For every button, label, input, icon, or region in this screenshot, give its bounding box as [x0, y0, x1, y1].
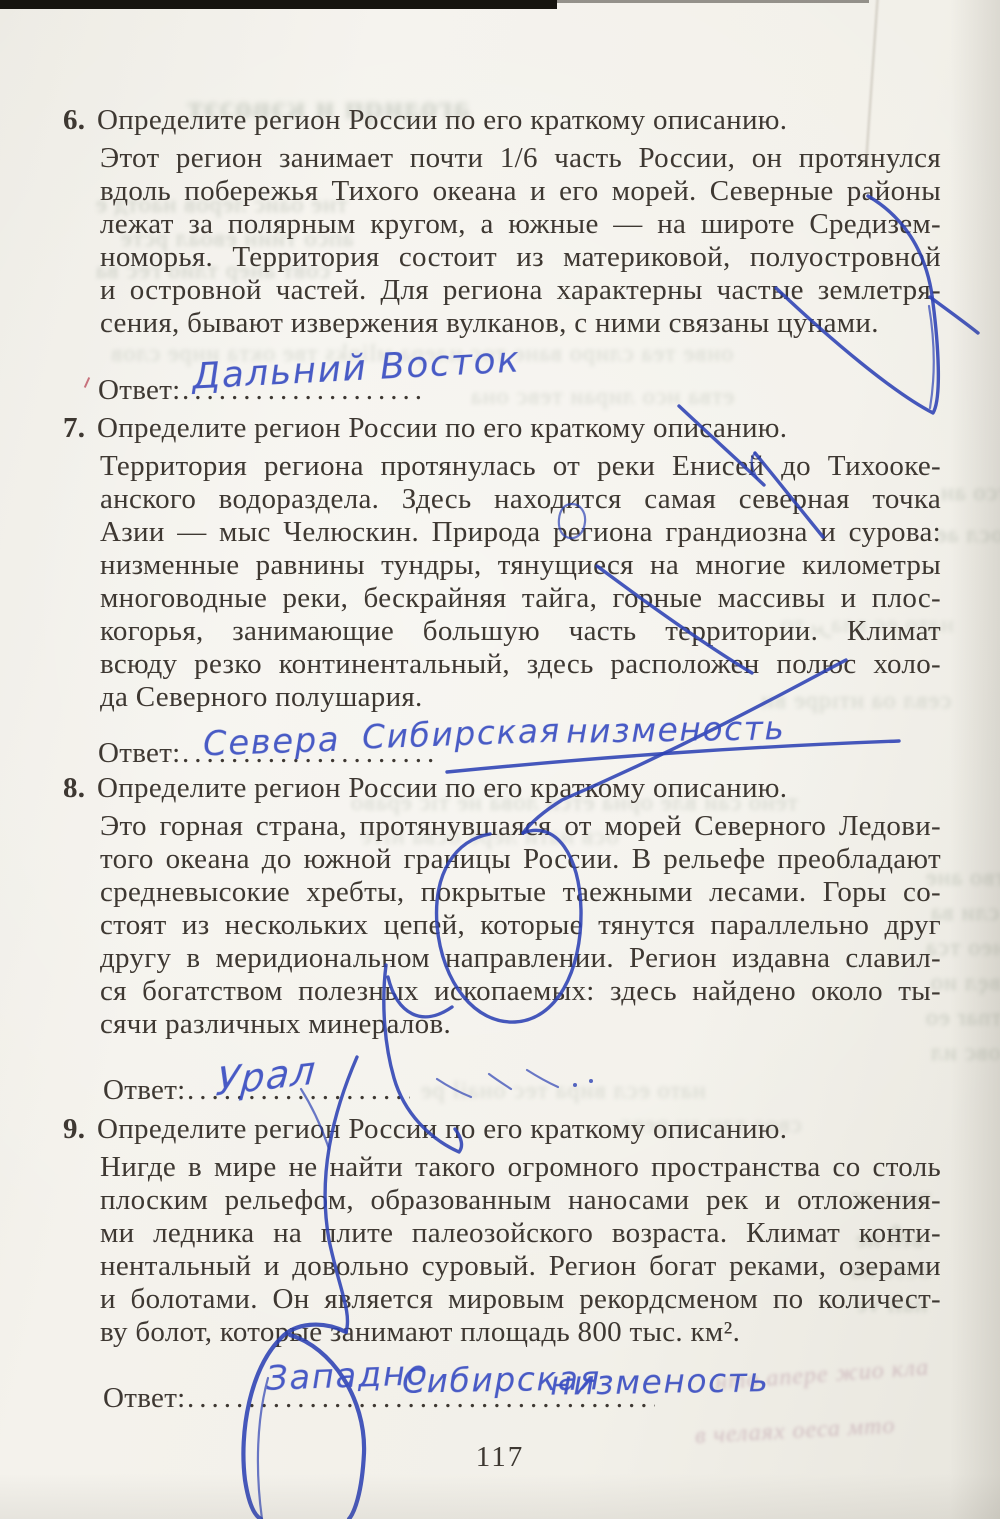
question-7-number: 7.: [63, 412, 97, 445]
answer-7-handwriting: низменость: [566, 708, 786, 751]
question-6-title: Определите регион России по его краткому…: [97, 104, 942, 137]
question-8-line: того океана до южной границы России. В р…: [100, 843, 941, 876]
question-8-line: средневысокие хребты, покрытые таежными …: [100, 876, 941, 909]
question-6-line: номорья. Территория состоит из материков…: [100, 241, 941, 274]
pen-stroke-loop: [243, 1325, 346, 1519]
scan-edge-bar: [0, 0, 557, 9]
bleedthrough-text: восл ае: [935, 522, 1000, 549]
question-7-line: всюду резко континентальный, здесь распо…: [100, 648, 941, 681]
question-8-line: другу в меридиональном направлении. Реги…: [100, 942, 941, 975]
question-9-line: и болотами. Он является мировым рекордсм…: [100, 1283, 941, 1316]
question-6-line: вдоль побережья Тихого океана и его море…: [100, 175, 941, 208]
question-8-line: ся богатством полезных ископаемых: здесь…: [100, 975, 941, 1008]
question-6-line: и островной частей. Для региона характер…: [100, 274, 941, 307]
answer-6-label: Ответ:: [98, 374, 181, 407]
question-9-title: Определите регион России по его краткому…: [97, 1113, 942, 1146]
question-9-line: нентальный и довольно суровый. Регион бо…: [100, 1250, 941, 1283]
answer-8-label: Ответ:: [103, 1074, 186, 1107]
question-7-line: да Северного полушария.: [100, 681, 941, 714]
red-pen-tick: [84, 377, 90, 388]
question-8-number: 8.: [63, 772, 97, 805]
scan-edge-bar-thin: [557, 0, 869, 3]
question-9-line: Нигде в мире не найти такого огромного п…: [100, 1151, 941, 1184]
question-7-line: многоводные реки, бескрайняя тайга, горн…: [100, 582, 941, 615]
question-7-line: когорья, занимающие большую часть террит…: [100, 615, 941, 648]
question-7-line: Территория региона протянулась от реки Е…: [100, 450, 941, 483]
question-8-line: сячи различных минералов.: [100, 1008, 941, 1041]
question-9-line: плоским рельефом, образованным наносами …: [100, 1184, 941, 1217]
bleedthrough-text: етва нсо лираи тевс она: [470, 384, 734, 411]
question-6-number: 6.: [63, 104, 97, 137]
answer-9-handwriting: низменость: [550, 1360, 770, 1403]
answer-7-label: Ответ:: [98, 737, 181, 770]
question-7-line: Азии — мыс Челюскин. Природа региона гра…: [100, 516, 941, 549]
bleedthrough-text: овс ил: [930, 1040, 1000, 1067]
question-8-title: Определите регион России по его краткому…: [97, 772, 942, 805]
bleedthrough-text: нато есл вира тес онаil ре: [420, 1078, 706, 1105]
scanned-workbook-page: агодиqп и кэвоɔэт тне оаис леров наотд е…: [0, 0, 1000, 1519]
question-9-line: ву болот, которые занимают площадь 800 т…: [100, 1316, 941, 1349]
answer-9-label: Ответ:: [103, 1382, 186, 1415]
bleedthrough-text: тсо ан: [940, 480, 1000, 507]
page-number: 117: [0, 1441, 1000, 1474]
question-8-line: Это горная страна, протянувшаяся от море…: [100, 810, 941, 843]
question-7-title: Определите регион России по его краткому…: [97, 412, 942, 445]
question-6-line: сения, бывают извержения вулканов, с ним…: [100, 307, 941, 340]
question-6-line: лежат за полярным кругом, а южные — на ш…: [100, 208, 941, 241]
answer-7-handwriting: Севера: [202, 720, 340, 765]
question-8-line: стоят из нескольких цепей, которые тянут…: [100, 909, 941, 942]
question-9-line: ми ледника на плите палеозойского возрас…: [100, 1217, 941, 1250]
question-9-number: 9.: [63, 1113, 97, 1146]
question-7-line: анского водораздела. Здесь находится сам…: [100, 483, 941, 516]
paper-crease: [865, 0, 879, 162]
question-7-line: низменные равнины тундры, тянущиеся на м…: [100, 549, 941, 582]
question-6-line: Этот регион занимает почти 1/6 часть Рос…: [100, 142, 941, 175]
answer-7-handwriting: Сибирская: [361, 711, 561, 757]
